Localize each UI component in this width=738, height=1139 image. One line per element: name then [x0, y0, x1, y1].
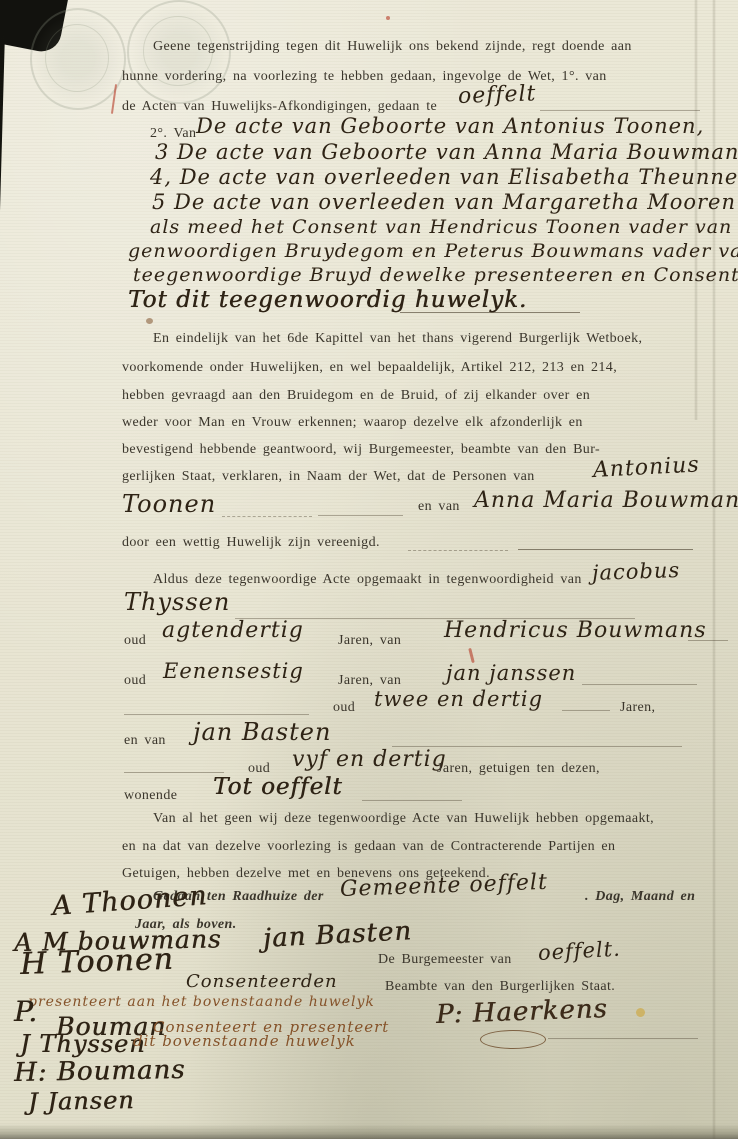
scan-left-edge: [0, 0, 6, 326]
signature-witness-jansen: J Jansen: [28, 1088, 135, 1114]
handwritten-place: oeffelt: [458, 83, 537, 108]
handwritten-witness1-lastname: Thyssen: [124, 590, 230, 614]
handwritten-groom-lastname: Toonen: [122, 492, 216, 516]
handwritten-age: vyf en dertig: [292, 749, 447, 771]
body-text-line: de Acten van Huwelijks-Afkondigingen, ge…: [122, 100, 437, 114]
signature-witness-boumans: H: Boumans: [14, 1057, 186, 1086]
body-text-line: voorkomende onder Huwelijken, en wel bep…: [122, 361, 617, 375]
flourish-line: [400, 312, 580, 313]
body-text-line: weder voor Man en Vrouw erkennen; waarop…: [122, 416, 583, 430]
beambte-label: Beambte van den Burgerlijken Staat.: [385, 980, 615, 994]
signature-groom: A Thoonen: [51, 882, 208, 920]
handwritten-gemeente: Gemeente oeffelt: [340, 872, 549, 901]
signature-witness-thyssen: J Thyssen: [20, 1032, 146, 1056]
flourish-line: [548, 1038, 698, 1039]
flourish-line: [540, 110, 700, 111]
flourish-line: [408, 550, 508, 551]
body-text-line: en van: [124, 734, 166, 748]
handwritten-age: twee en dertig: [374, 689, 543, 710]
flourish-line: [518, 549, 693, 550]
handwritten-consent-line: als meed het Consent van Hendricus Toone…: [150, 218, 738, 237]
body-text-line: oud: [124, 634, 146, 648]
body-text-line: en na dat van dezelve voorlezing is geda…: [122, 840, 615, 854]
handwritten-witness2-name: Hendricus Bouwmans: [444, 620, 707, 642]
flourish-line: [318, 515, 403, 516]
handwritten-residence: Tot oeffelt: [213, 776, 343, 799]
marriage-act-scan: Geene tegenstrijding tegen dit Huwelijk …: [0, 0, 738, 1139]
handwritten-act-2: De acte van Geboorte van Antonius Toonen…: [196, 116, 704, 137]
body-text-line: Jaren, van: [338, 674, 401, 688]
body-text-line: en van: [418, 500, 460, 514]
handwritten-age: Eenensestig: [163, 661, 304, 682]
handwritten-burgemeester-place: oeffelt.: [537, 939, 621, 964]
body-text-line: door een wettig Huwelijk zijn vereenigd.: [122, 536, 380, 550]
body-text-line: Van al het geen wij deze tegenwoordige A…: [153, 812, 654, 826]
burgemeester-label: De Burgemeester van: [378, 953, 512, 967]
flourish-line: [222, 516, 312, 517]
flourish-line: [688, 640, 728, 641]
handwritten-act-5: 5 De acte van overleeden van Margaretha …: [152, 192, 736, 213]
ink-stain: [146, 318, 153, 324]
flourish-line: [582, 684, 697, 685]
handwritten-consent-line: Tot dit teegenwoordig huwelyk.: [128, 289, 527, 312]
body-text-line: oud: [333, 701, 355, 715]
handwritten-annotation: presenteert aan het bovenstaande huwelyk: [28, 995, 375, 1009]
body-text-line: Jaren, getuigen ten dezen,: [437, 762, 600, 776]
body-text-line: Jaren,: [620, 701, 655, 715]
body-text-line: oud: [124, 674, 146, 688]
handwritten-groom-firstname: Antonius: [592, 454, 700, 482]
body-text-line: En eindelijk van het 6de Kapittel van he…: [153, 332, 642, 346]
handwritten-act-3: 3 De acte van Geboorte van Anna Maria Bo…: [155, 142, 738, 163]
flourish-line: [562, 710, 610, 711]
body-text-line: Geene tegenstrijding tegen dit Huwelijk …: [153, 40, 632, 54]
handwritten-annotation: dit bovenstaande huwelyk: [133, 1034, 356, 1049]
signature-flourish: [480, 1030, 546, 1049]
ink-stain: [636, 1008, 645, 1017]
body-text-line: gerlijken Staat, verklaren, in Naam der …: [122, 470, 535, 484]
body-text-line: hebben gevraagd aan den Bruidegom en de …: [122, 389, 590, 403]
signature-bride-father-initial: P.: [14, 998, 38, 1026]
signature-jan-basten: jan Basten: [262, 918, 412, 952]
handwritten-witness3-name: jan janssen: [446, 663, 576, 684]
handwritten-consent-word: Consenteerden: [186, 973, 338, 991]
body-text-line: wonende: [124, 789, 177, 803]
flourish-line: [362, 800, 462, 801]
handwritten-witness1-firstname: jacobus: [592, 560, 681, 584]
handwritten-age: agtendertig: [162, 620, 304, 642]
handwritten-consent-line: teegenwoordige Bruyd dewelke presenteere…: [133, 266, 738, 285]
handwritten-bride-name: Anna Maria Bouwmans: [474, 490, 738, 512]
body-text-line: Aldus deze tegenwoordige Acte opgemaakt …: [153, 573, 582, 587]
handwritten-consent-line: genwoordigen Bruydegom en Peterus Bouwma…: [128, 242, 738, 261]
flourish-line: [124, 714, 309, 715]
flourish-line: [124, 772, 224, 773]
handwritten-act-4: 4, De acte van overleeden van Elisabetha…: [150, 167, 738, 188]
list-prefix: 2°. Van: [150, 127, 196, 141]
body-text-line: bevestigend hebbende geantwoord, wij Bur…: [122, 443, 600, 457]
handwritten-witness4-name: jan Basten: [193, 720, 331, 744]
body-text-line: Jaren, van: [338, 634, 401, 648]
red-ink-dot: [386, 16, 390, 20]
signature-groom-father: H Toonen: [19, 945, 174, 980]
embossed-seal: [30, 8, 126, 110]
signature-burgemeester: P: Haerkens: [436, 996, 609, 1028]
body-text-line: . Dag, Maand en: [585, 890, 695, 904]
torn-bottom-edge: [0, 1124, 738, 1139]
